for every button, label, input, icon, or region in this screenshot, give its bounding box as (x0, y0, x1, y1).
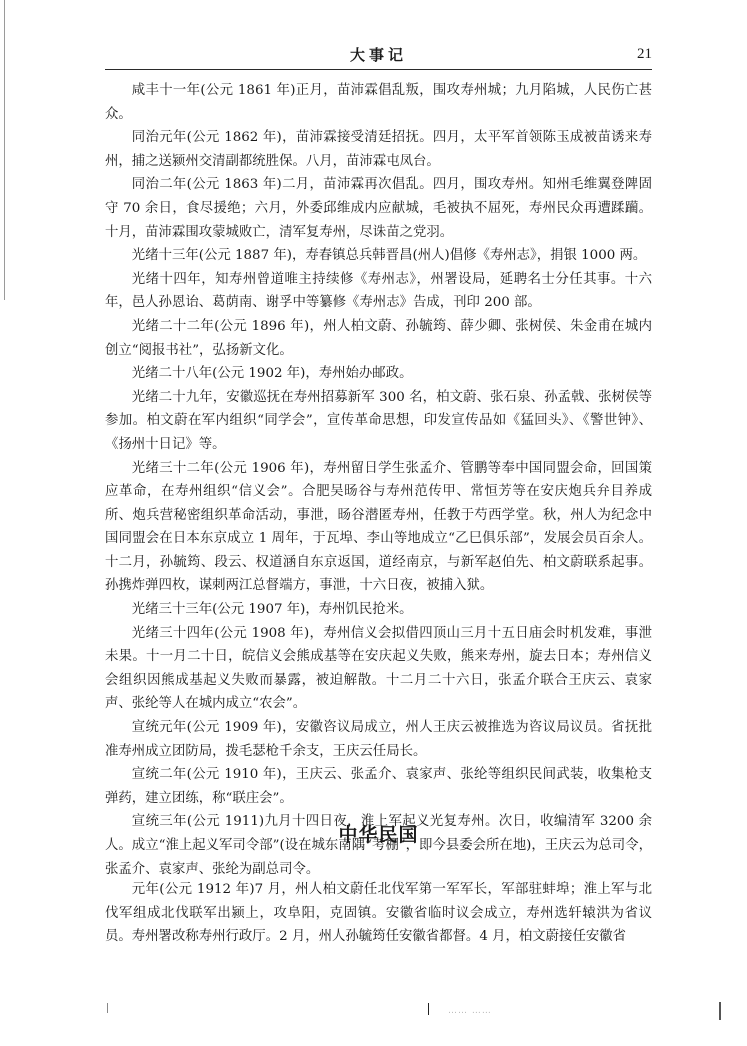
paragraph-1902: 光绪二十八年(公元 1902 年)，寿州始办邮政。 (105, 362, 652, 386)
paragraph-1907: 光绪三十三年(公元 1907 年)，寿州饥民抢米。 (105, 598, 652, 622)
paragraph-1910: 宣统二年(公元 1910 年)，王庆云、张孟介、袁家声、张纶等组织民间武装，收集… (105, 763, 652, 810)
paragraph-1908: 光绪三十四年(公元 1908 年)，寿州信义会拟借四顶山三月十五日庙会时机发难，… (105, 622, 652, 716)
scan-mark-center (428, 1003, 429, 1015)
scan-mark-left (107, 1003, 108, 1013)
qing-dynasty-chronicle: 咸丰十一年(公元 1861 年)正月，苗沛霖倡乱叛，围攻寿州城；九月陷城，人民伤… (105, 79, 652, 881)
paragraph-1863: 同治二年(公元 1863 年)二月，苗沛霖再次倡乱。四月，围攻寿州。知州毛维翼登… (105, 173, 652, 244)
section-heading-republic-of-china: 中华民国 (105, 820, 652, 847)
scan-noise-text: …… …… (448, 1006, 492, 1016)
running-head: 大事记 21 (105, 44, 652, 70)
scan-left-edge-line (4, 0, 5, 300)
paragraph-1909: 宣统元年(公元 1909 年)，安徽咨议局成立，州人王庆云被推选为咨议局议员。省… (105, 716, 652, 763)
paragraph-1887: 光绪十三年(公元 1887 年)，寿春镇总兵韩晋昌(州人)倡修《寿州志》，捐银 … (105, 244, 652, 268)
paragraph-1912: 元年(公元 1912 年)7 月，州人柏文蔚任北伐军第一军军长，军部驻蚌埠；淮上… (105, 878, 652, 949)
republic-chronicle: 元年(公元 1912 年)7 月，州人柏文蔚任北伐军第一军军长，军部驻蚌埠；淮上… (105, 878, 652, 949)
scan-mark-right (719, 1002, 721, 1020)
paragraph-1861: 咸丰十一年(公元 1861 年)正月，苗沛霖倡乱叛，围攻寿州城；九月陷城，人民伤… (105, 79, 652, 126)
page-number: 21 (637, 46, 652, 63)
paragraph-1896: 光绪二十二年(公元 1896 年)，州人柏文蔚、孙毓筠、薛少卿、张树侯、朱金甫在… (105, 315, 652, 362)
header-rule (105, 69, 652, 70)
paragraph-guangxu-29: 光绪二十九年，安徽巡抚在寿州招募新军 300 名，柏文蔚、张石泉、孙孟戟、张树侯… (105, 386, 652, 457)
paragraph-1906: 光绪三十二年(公元 1906 年)，寿州留日学生张孟介、管鹏等奉中国同盟会命，回… (105, 457, 652, 599)
scan-footer-marks (0, 1000, 747, 1020)
paragraph-1862: 同治元年(公元 1862 年)，苗沛霖接受清廷招抚。四月，太平军首领陈玉成被苗诱… (105, 126, 652, 173)
running-head-title: 大事记 (105, 44, 652, 65)
paragraph-guangxu-14: 光绪十四年，知寿州曾道唯主持续修《寿州志》，州署设局，延聘名士分任其事。十六年，… (105, 268, 652, 315)
